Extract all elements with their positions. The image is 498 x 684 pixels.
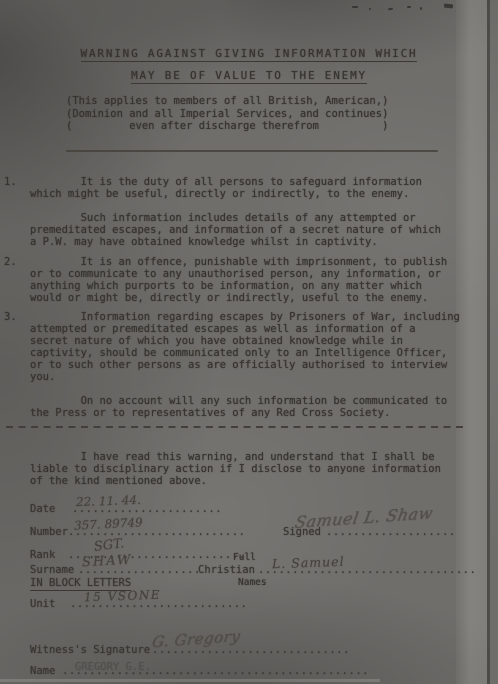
christian-label: Christian bbox=[198, 564, 255, 576]
christian-handwritten-value: L. Samuel bbox=[272, 554, 345, 572]
dashed-divider bbox=[6, 426, 464, 428]
item-2-number: 2. bbox=[4, 256, 26, 268]
witness-name-label: Name bbox=[30, 665, 55, 677]
item-1-number: 1. bbox=[4, 176, 26, 188]
witness-signature-label: Witness's Signature bbox=[30, 644, 150, 656]
scanned-document-page: WARNING AGAINST GIVING INFORMATION WHICH… bbox=[0, 0, 498, 684]
document-title: WARNING AGAINST GIVING INFORMATION WHICH… bbox=[0, 42, 498, 86]
date-handwritten-value: 22. 11. 44. bbox=[76, 493, 141, 509]
rank-label: Rank bbox=[30, 549, 55, 561]
surname-label: Surname bbox=[30, 564, 74, 576]
scan-edge-bottom-strip bbox=[0, 679, 380, 682]
full-label: Full bbox=[233, 552, 256, 564]
item-3-text: Information regarding escapes by Prisone… bbox=[30, 311, 480, 419]
item-1-text: It is the duty of all persons to safegua… bbox=[30, 176, 480, 248]
unit-handwritten-value: 15 VSONE bbox=[84, 588, 162, 605]
item-3-number: 3. bbox=[4, 311, 26, 323]
title-line-2: MAY BE OF VALUE TO THE ENEMY bbox=[131, 70, 367, 84]
surname-handwritten-value: SHAW bbox=[82, 553, 133, 571]
witness-name-typed-value: GREGORY G.E. bbox=[75, 661, 151, 673]
item-2-text: It is an offence, punishable with impris… bbox=[30, 256, 480, 304]
declaration-text: I have read this warning, and understand… bbox=[30, 451, 480, 487]
number-label: Number bbox=[30, 526, 68, 538]
scan-edge-right-band bbox=[490, 0, 498, 684]
title-line-1: WARNING AGAINST GIVING INFORMATION WHICH bbox=[81, 48, 418, 62]
horizontal-rule bbox=[66, 150, 438, 152]
unit-label: Unit bbox=[30, 598, 55, 610]
date-label: Date bbox=[30, 503, 55, 515]
names-label: Names bbox=[238, 577, 267, 589]
applicability-note: (This applies to members of all British,… bbox=[66, 95, 388, 133]
